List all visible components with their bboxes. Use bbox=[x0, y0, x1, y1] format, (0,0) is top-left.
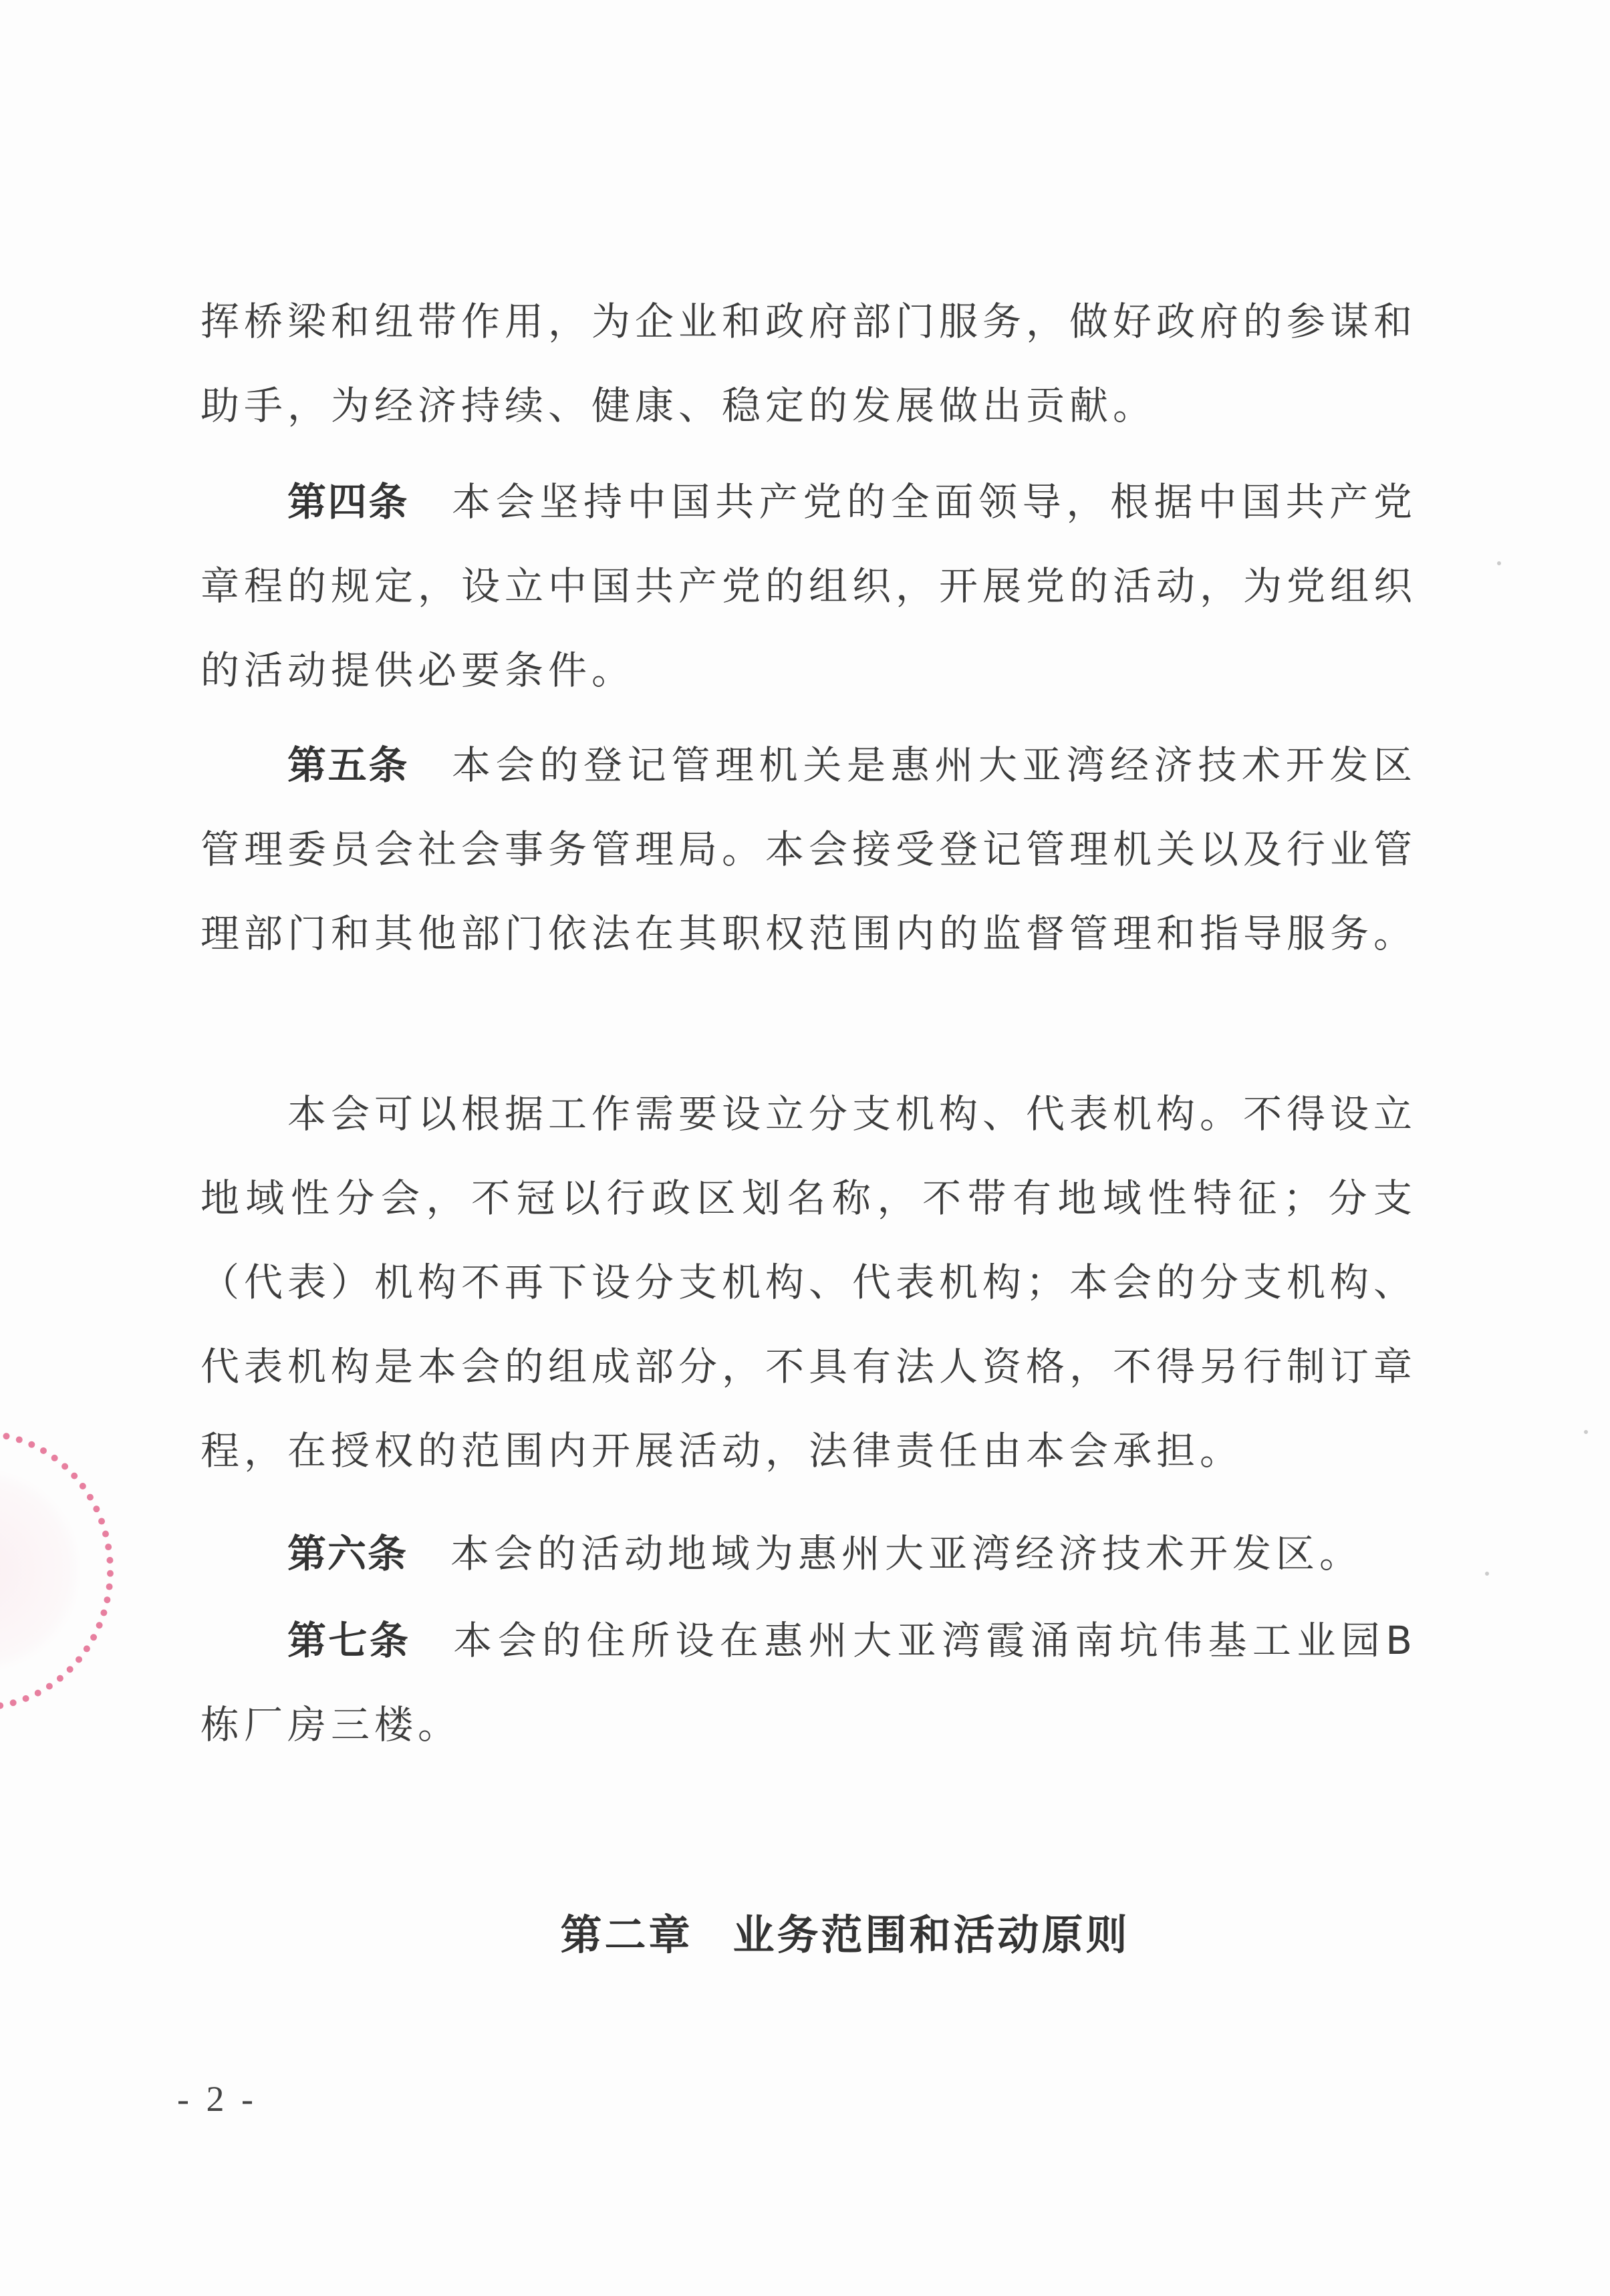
scan-speck bbox=[1485, 1572, 1489, 1576]
paragraph-continuation: 挥桥梁和纽带作用，为企业和政府部门服务，做好政府的参谋和助手，为经济持续、健康、… bbox=[200, 279, 1417, 448]
article-7-paragraph: 第七条本会的住所设在惠州大亚湾霞涌南坑伟基工业园B栋厂房三楼。 bbox=[200, 1598, 1417, 1767]
scan-speck bbox=[1497, 561, 1501, 565]
article-6: 第六条本会的活动地域为惠州大亚湾经济技术开发区。 bbox=[200, 1512, 1417, 1596]
scan-speck bbox=[1584, 1430, 1588, 1434]
article-5-part-2: 本会可以根据工作需要设立分支机构、代表机构。不得设立地域性分会，不冠以行政区划名… bbox=[200, 1072, 1417, 1493]
article-5: 第五条本会的登记管理机关是惠州大亚湾经济技术开发区管理委员会社会事务管理局。本会… bbox=[200, 723, 1417, 976]
article-4-paragraph: 第四条本会坚持中国共产党的全面领导，根据中国共产党章程的规定，设立中国共产党的组… bbox=[200, 460, 1417, 712]
paragraph-text: 挥桥梁和纽带作用，为企业和政府部门服务，做好政府的参谋和助手，为经济持续、健康、… bbox=[200, 279, 1417, 448]
seal-inner-area bbox=[0, 1463, 80, 1677]
article-5-label: 第五条 bbox=[287, 742, 409, 788]
chapter-number: 第二章 bbox=[560, 1910, 692, 1959]
article-6-text: 本会的活动地域为惠州大亚湾经济技术开发区。 bbox=[450, 1531, 1363, 1576]
document-page: 挥桥梁和纽带作用，为企业和政府部门服务，做好政府的参谋和助手，为经济持续、健康、… bbox=[0, 0, 1610, 2296]
article-7-label: 第七条 bbox=[287, 1618, 410, 1663]
page-number: - 2 - bbox=[177, 2078, 257, 2120]
chapter-heading: 第二章业务范围和活动原则 bbox=[0, 1902, 1610, 1961]
article-4: 第四条本会坚持中国共产党的全面领导，根据中国共产党章程的规定，设立中国共产党的组… bbox=[200, 460, 1417, 712]
article-4-label: 第四条 bbox=[287, 479, 409, 525]
chapter-title: 业务范围和活动原则 bbox=[733, 1910, 1130, 1959]
official-seal-stamp bbox=[0, 1430, 114, 1711]
article-5-paragraph: 第五条本会的登记管理机关是惠州大亚湾经济技术开发区管理委员会社会事务管理局。本会… bbox=[200, 723, 1417, 976]
article-7: 第七条本会的住所设在惠州大亚湾霞涌南坑伟基工业园B栋厂房三楼。 bbox=[200, 1598, 1417, 1767]
article-5-part-2-text: 本会可以根据工作需要设立分支机构、代表机构。不得设立地域性分会，不冠以行政区划名… bbox=[200, 1072, 1417, 1493]
article-6-label: 第六条 bbox=[287, 1531, 408, 1576]
article-6-paragraph: 第六条本会的活动地域为惠州大亚湾经济技术开发区。 bbox=[200, 1512, 1417, 1596]
